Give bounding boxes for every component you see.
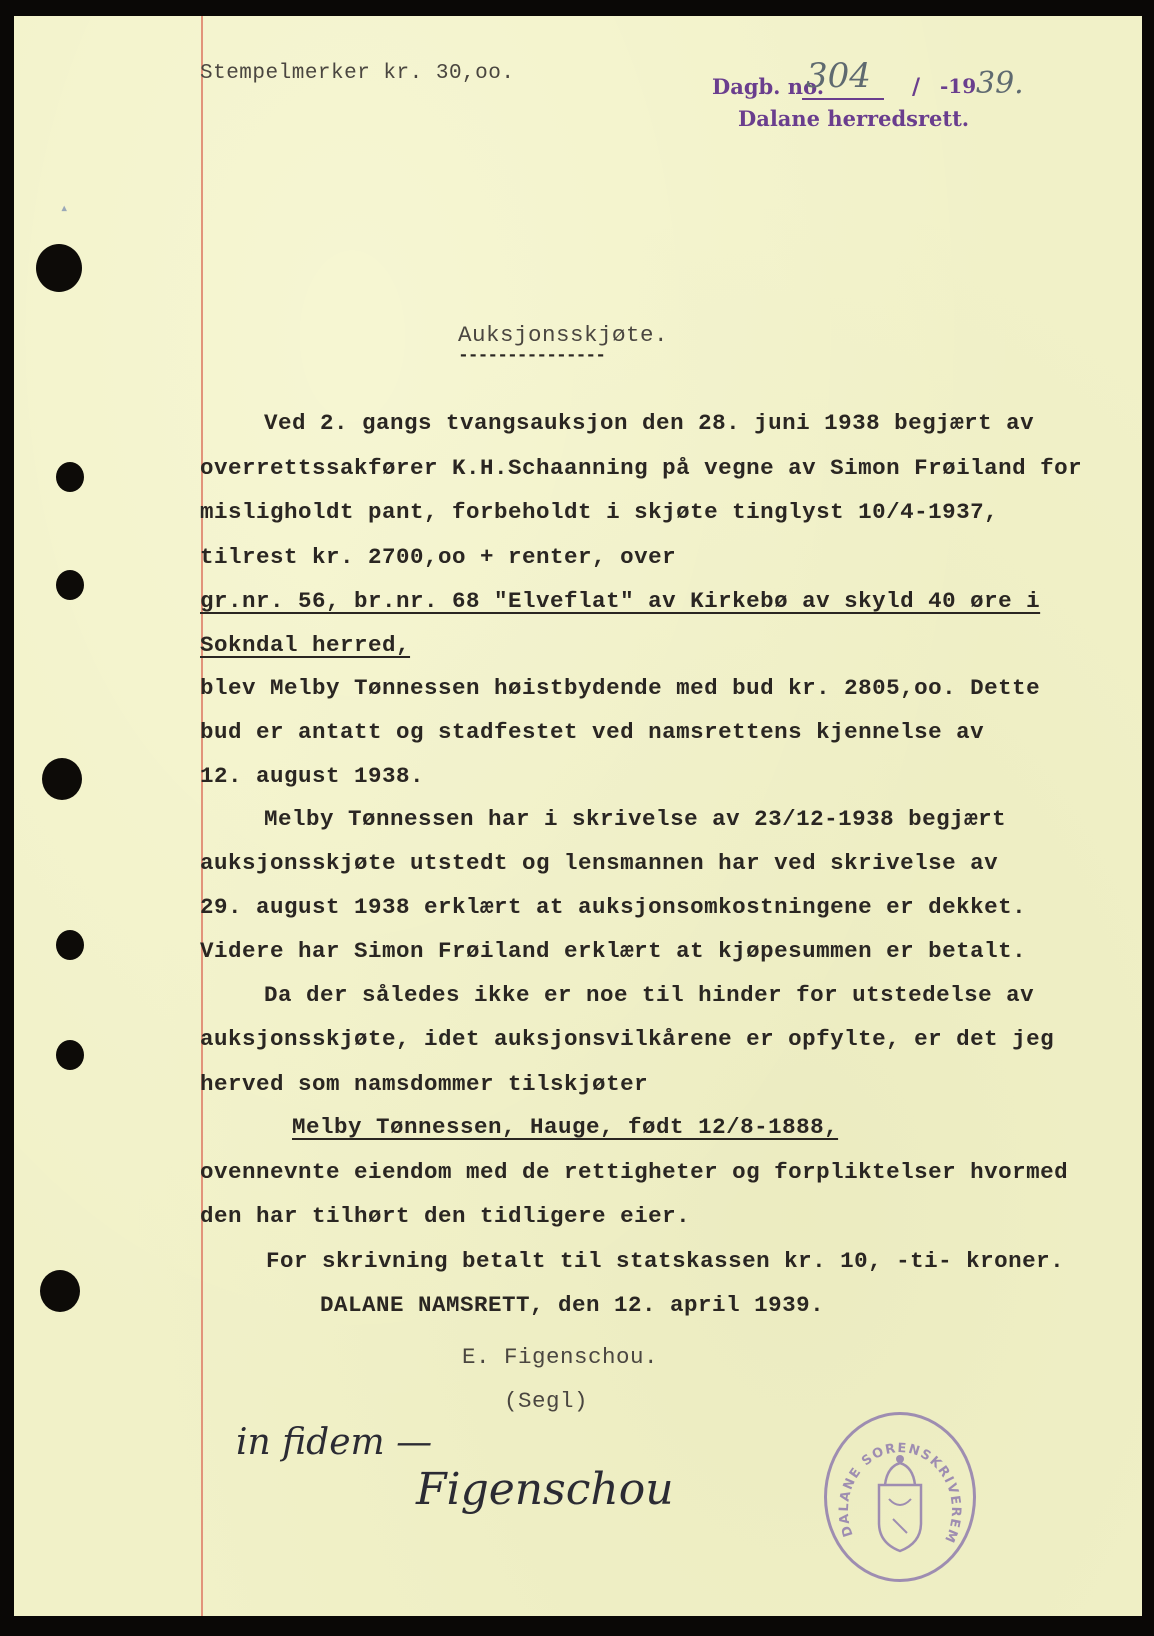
registry-year: 39. <box>976 66 1024 101</box>
body-line: auksjonsskjøte, idet auksjonsvilkårene e… <box>200 1026 1054 1052</box>
property-description: gr.nr. 56, br.nr. 68 "Elveflat" av Kirke… <box>200 588 1040 614</box>
ink-smudge-icon: ▴ <box>60 200 72 216</box>
court-date-line: DALANE NAMSRETT, den 12. april 1939. <box>320 1292 824 1318</box>
punch-hole-icon <box>56 570 84 600</box>
official-seal-icon: DALANE SORENSKRIVEREMBEDE <box>824 1412 976 1582</box>
court-name-stamp: Dalane herredsrett. <box>738 106 969 131</box>
buyer-name: Melby Tønnessen, Hauge, født 12/8-1888, <box>292 1114 838 1140</box>
body-line: Da der således ikke er noe til hinder fo… <box>264 982 1034 1008</box>
body-line: Ved 2. gangs tvangsauksjon den 28. juni … <box>264 410 1034 436</box>
body-line: 29. august 1938 erklært at auksjonsomkos… <box>200 894 1026 920</box>
registry-separator: / <box>912 74 920 100</box>
body-line: For skrivning betalt til statskassen kr.… <box>266 1248 1064 1274</box>
document-page: ▴ Stempelmerker kr. 30,oo. Dagb. no. 304… <box>14 16 1142 1616</box>
body-line: blev Melby Tønnessen høistbydende med bu… <box>200 675 1040 701</box>
body-line: bud er antatt og stadfestet ved namsrett… <box>200 719 984 745</box>
body-line: overrettssakfører K.H.Schaanning på vegn… <box>200 455 1082 481</box>
body-line: ovennevnte eiendom med de rettigheter og… <box>200 1159 1068 1185</box>
signed-name: E. Figenschou. <box>462 1344 658 1370</box>
body-line: Melby Tønnessen har i skrivelse av 23/12… <box>264 806 1006 832</box>
body-line: misligholdt pant, forbeholdt i skjøte ti… <box>200 499 998 525</box>
punch-hole-icon <box>56 1040 84 1070</box>
punch-hole-icon <box>42 758 82 800</box>
body-line: 12. august 1938. <box>200 763 424 789</box>
body-line: auksjonsskjøte utstedt og lensmannen har… <box>200 850 998 876</box>
seal-text: DALANE SORENSKRIVEREMBEDE <box>827 1415 963 1546</box>
body-line: den har tilhørt den tidligere eier. <box>200 1203 690 1229</box>
property-description-cont: Sokndal herred, <box>200 632 410 658</box>
stamp-duty-text: Stempelmerker kr. 30,oo. <box>200 62 514 85</box>
registry-number: 304 <box>806 56 871 96</box>
margin-rule <box>201 16 203 1616</box>
punch-hole-icon <box>36 244 82 292</box>
body-line: herved som namsdommer tilskjøter <box>200 1071 648 1097</box>
punch-hole-icon <box>40 1270 80 1312</box>
body-line: tilrest kr. 2700,oo + renter, over <box>200 544 676 570</box>
punch-hole-icon <box>56 930 84 960</box>
registry-number-underline <box>802 98 884 100</box>
handwritten-attestation: in fidem — <box>236 1422 432 1463</box>
seal-note: (Segl) <box>504 1388 588 1414</box>
body-line: Videre har Simon Frøiland erklært at kjø… <box>200 938 1026 964</box>
title-underline: --------------- <box>458 346 605 366</box>
punch-hole-icon <box>56 462 84 492</box>
svg-text:DALANE SORENSKRIVEREMBEDE: DALANE SORENSKRIVEREMBEDE <box>827 1415 963 1546</box>
handwritten-signature: Figenschou <box>416 1464 674 1515</box>
document-title: Auksjonsskjøte. <box>458 322 668 348</box>
registry-year-prefix: -19 <box>940 74 976 98</box>
